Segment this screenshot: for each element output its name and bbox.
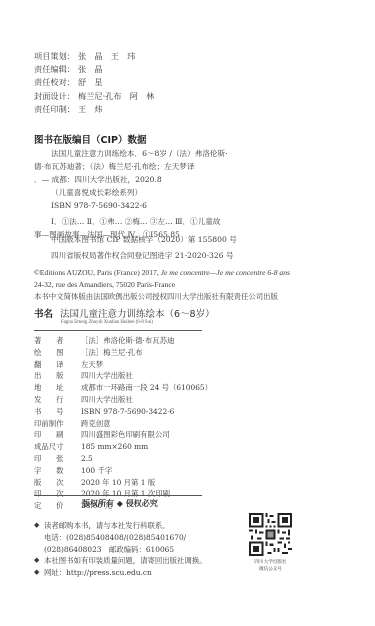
- credit-row: 封面设计：梅兰尼·孔布 阿 林: [34, 90, 154, 103]
- info-row: 著 者［法］弗洛伦斯·德·布瓦苏迪: [34, 335, 212, 347]
- cip-line: ．— 成都：四川大学出版社，2020.8: [34, 173, 259, 186]
- diamond-bullet-icon: ◆: [34, 520, 44, 532]
- note-phone: 电话：(028)85408408/(028)85401670/: [34, 532, 207, 544]
- diamond-bullet-icon: ◆: [34, 567, 44, 579]
- credits-block: 项目策划：张 晶 王 玮 责任编辑：张 晶 责任校对：舒 星 封面设计：梅兰尼·…: [34, 50, 154, 116]
- cip-line: Ⅰ．①法… Ⅱ．①弗… ②梅… ③左… Ⅲ．①儿童故: [34, 215, 259, 228]
- info-row: 成品尺寸185 mm×260 mm: [34, 441, 212, 453]
- info-row: 印 刷四川盛图彩色印刷有限公司: [34, 429, 212, 441]
- info-row: 版 次2020 年 10 月第 1 版: [34, 477, 212, 489]
- info-row: 翻 译左天梦: [34, 359, 212, 371]
- registration-block: 中国版本图书馆 CIP 数据核字（2020）第 155800 号 四川省版权局著…: [34, 232, 237, 264]
- diamond-bullet-icon: ◆: [34, 555, 44, 567]
- cip-line: （儿童喜悦成长彩绘系列）: [34, 186, 259, 199]
- credit-value: 张 晶: [78, 63, 103, 76]
- credit-label: 责任编辑：: [34, 63, 78, 76]
- info-row: 发 行四川大学出版社: [34, 394, 212, 406]
- info-row: 书 号ISBN 978-7-5690-3422-6: [34, 406, 212, 418]
- credit-label: 封面设计：: [34, 90, 78, 103]
- credit-row: 责任校对：舒 星: [34, 76, 154, 89]
- note-item: ◆读者邮购本书，请与本社发行科联系。: [34, 520, 207, 532]
- info-row: 地 址成都市一环路南一段 24 号（610065）: [34, 382, 212, 394]
- book-title-pinyin: Faguo Ertong Zhuyili Xunlian Huiben (6-8…: [61, 320, 153, 325]
- credit-row: 项目策划：张 晶 王 玮: [34, 50, 154, 63]
- book-title-label: 书名: [34, 306, 60, 320]
- book-title-row: 书名 法国儿童注意力训练绘本（6～8岁）: [34, 306, 215, 320]
- info-row: 印前制作跨克创意: [34, 418, 212, 430]
- reader-notes: ◆读者邮购本书，请与本社发行科联系。 电话：(028)85408408/(028…: [34, 520, 207, 579]
- info-row: 出 版四川大学出版社: [34, 370, 212, 382]
- credit-value: 王 炜: [78, 103, 103, 116]
- cip-line: 德·布瓦苏迪著；（法）梅兰尼·孔布绘；左天梦译: [34, 160, 259, 173]
- cip-body: 法国儿童注意力训练绘本．6～8岁 /（法）弗洛伦斯· 德·布瓦苏迪著；（法）梅兰…: [34, 147, 259, 241]
- credit-row: 责任编辑：张 晶: [34, 63, 154, 76]
- note-item: ◆本社图书如有印装质量问题，请寄回出版社调换。: [34, 555, 207, 567]
- divider-top: [34, 330, 202, 331]
- credit-value: 梅兰尼·孔布 阿 林: [78, 90, 154, 103]
- credit-value: 舒 星: [78, 76, 103, 89]
- copyright-line-1: ©Editions AUZOU, Paris (France) 2017, Je…: [34, 267, 364, 279]
- note-phone-postcode: (028)86408023 邮政编码：610065: [34, 544, 207, 556]
- credit-value: 张 晶 王 玮: [78, 50, 135, 63]
- credit-label: 项目策划：: [34, 50, 78, 63]
- info-row: 印 张2.5: [34, 453, 212, 465]
- cip-line: ISBN 978-7-5690-3422-6: [34, 199, 259, 212]
- copyright-contract-number: 四川省版权局著作权合同登记图进字 21-2020-326 号: [34, 248, 237, 264]
- info-row: 字 数100 千字: [34, 465, 212, 477]
- copyright-block: ©Editions AUZOU, Paris (France) 2017, Je…: [34, 267, 364, 303]
- credit-row: 责任印制：王 炜: [34, 103, 154, 116]
- book-title: 法国儿童注意力训练绘本（6～8岁）: [60, 306, 215, 320]
- copyright-line-3: 本书中文简体版由法国欧傌出版公司授权四川大学出版社有限责任公司出版: [34, 291, 364, 303]
- book-info-table: 著 者［法］弗洛伦斯·德·布瓦苏迪 绘 图［法］梅兰尼·孔布 翻 译左天梦 出 …: [34, 335, 212, 512]
- rights-notice: 版权所有 ◆ 侵权必究: [82, 498, 158, 509]
- credit-label: 责任校对：: [34, 76, 78, 89]
- divider-bottom: [34, 495, 202, 496]
- qr-code-icon: [249, 513, 292, 556]
- info-row: 绘 图［法］梅兰尼·孔布: [34, 347, 212, 359]
- credit-label: 责任印制：: [34, 103, 78, 116]
- note-item: ◆网址：http://press.scu.edu.cn: [34, 567, 207, 579]
- cip-title: 图书在版编目（CIP）数据: [34, 132, 146, 146]
- website-link[interactable]: 网址：http://press.scu.edu.cn: [44, 567, 152, 579]
- qr-caption: 四川大学出版社 微信公众号: [244, 559, 297, 573]
- cip-line: 法国儿童注意力训练绘本．6～8岁 /（法）弗洛伦斯·: [34, 147, 259, 160]
- cip-number: 中国版本图书馆 CIP 数据核字（2020）第 155800 号: [34, 232, 237, 248]
- copyright-line-2: 24-32, rue des Amandiers, 75020 Paris-Fr…: [34, 279, 364, 291]
